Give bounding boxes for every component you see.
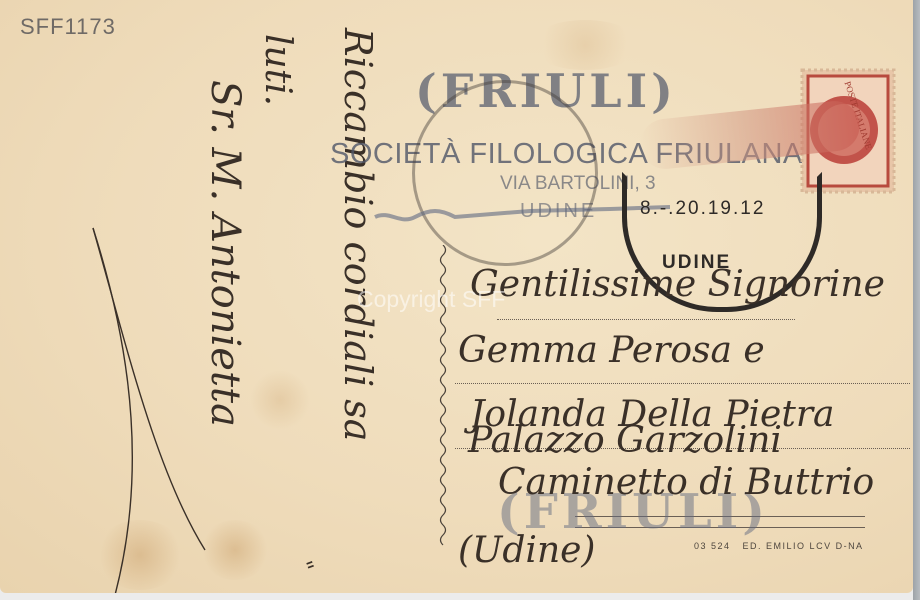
publisher-line: 03 524 ED. EMILIO LCV D-NA (694, 541, 864, 551)
address-line-guide (497, 319, 795, 320)
address-recipient-1: Gemma Perosa e (458, 330, 765, 371)
postmark-date: 8.-.20.19.12 (640, 198, 765, 220)
signature-flourish-icon (85, 220, 225, 593)
postcard-back: SFF1173 Riccambio cordiali sa luti. Sr. … (0, 0, 913, 593)
ditto-mark: " (291, 558, 318, 576)
stain (250, 370, 310, 430)
message-line-2: luti. (257, 34, 298, 106)
address-line-guide (455, 383, 910, 384)
address-town: Caminetto di Buttrio (498, 462, 874, 503)
address-province: (Udine) (458, 530, 595, 571)
scan-edge (913, 0, 920, 600)
address-street: Palazzo Garzolini (468, 420, 782, 461)
publisher-code: 03 524 (694, 541, 731, 551)
address-salutation: Gentilissime Signorine (470, 264, 885, 305)
copyright-watermark: Copyright SFF (357, 286, 505, 313)
postmark-faint (412, 80, 598, 266)
publisher-label: ED. EMILIO LCV D-NA (743, 541, 864, 551)
stain (530, 20, 640, 70)
inventory-code: SFF1173 (20, 14, 116, 40)
